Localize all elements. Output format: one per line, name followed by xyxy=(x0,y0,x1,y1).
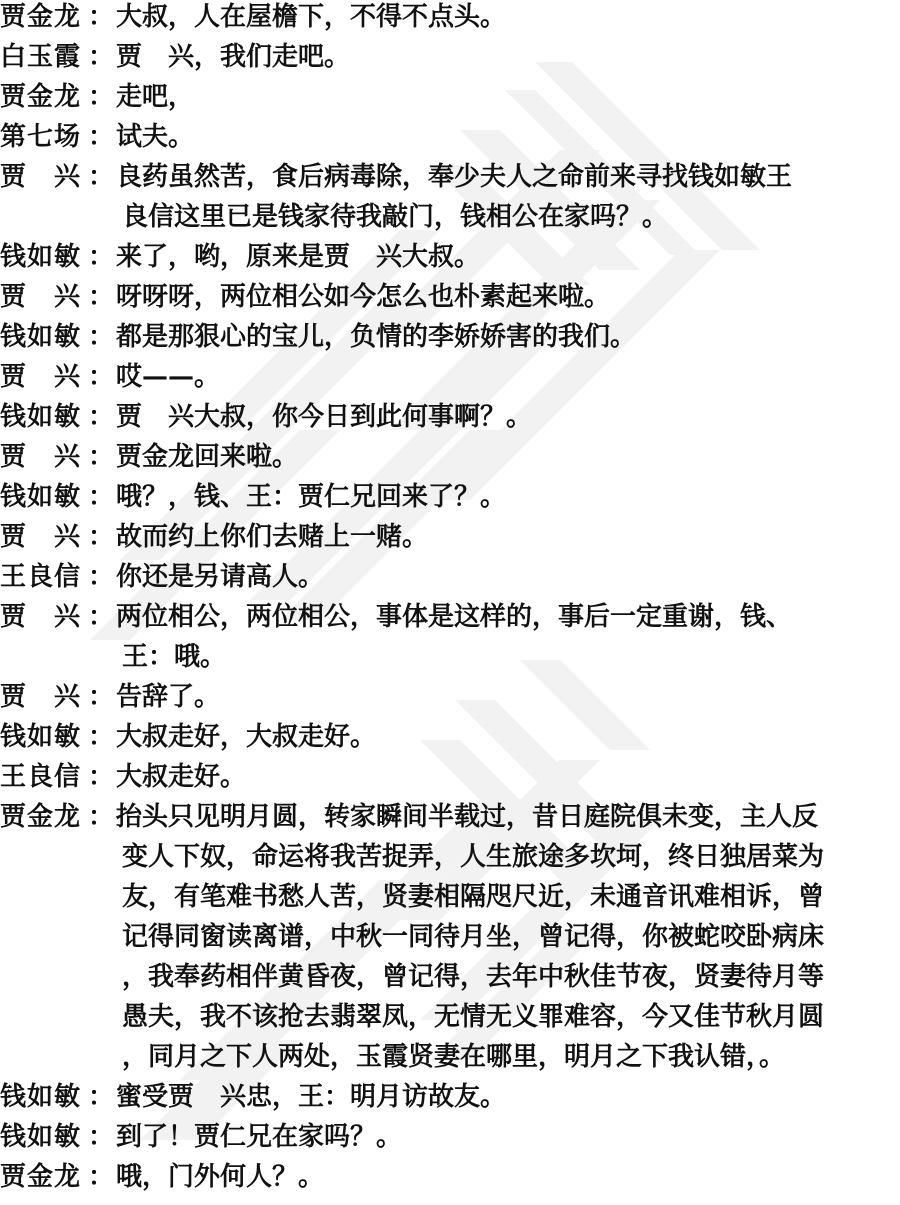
dialogue-text: 你还是另请高人。 xyxy=(116,562,324,592)
dialogue-text: 走吧， xyxy=(116,82,194,112)
dialogue-text: 王：哦。 xyxy=(122,642,226,672)
dialogue-line: 钱如敏：贾 兴大叔，你今日到此何事啊？。 xyxy=(0,402,900,442)
speaker-name: 贾 兴 xyxy=(0,282,90,312)
dialogue-line: 王良信：大叔走好。 xyxy=(0,762,900,802)
dialogue-continuation: 王：哦。 xyxy=(0,642,900,682)
speaker-name: 贾 兴 xyxy=(0,362,90,392)
speaker-colon: ： xyxy=(88,522,114,552)
speaker-colon: ： xyxy=(88,82,114,112)
dialogue-line: 贾 兴：故而约上你们去赌上一赌。 xyxy=(0,522,900,562)
speaker-colon: ： xyxy=(88,442,114,472)
speaker-colon: ： xyxy=(88,42,114,72)
speaker-colon: ： xyxy=(88,1162,114,1192)
dialogue-text: 告辞了。 xyxy=(116,682,220,712)
dialogue-line: 钱如敏：大叔走好，大叔走好。 xyxy=(0,722,900,762)
dialogue-text: 故而约上你们去赌上一赌。 xyxy=(116,522,428,552)
dialogue-text: 贾 兴大叔，你今日到此何事啊？。 xyxy=(116,402,532,432)
speaker-colon: ： xyxy=(88,282,114,312)
dialogue-text: 大叔走好，大叔走好。 xyxy=(116,722,376,752)
dialogue-text: 哎——。 xyxy=(116,362,220,392)
speaker-colon: ： xyxy=(88,802,114,832)
dialogue-text: 贾 兴，我们走吧。 xyxy=(116,42,350,72)
script-body: 贾金龙：大叔，人在屋檐下，不得不点头。 白玉霞：贾 兴，我们走吧。 贾金龙：走吧… xyxy=(0,0,900,1200)
speaker-colon: ： xyxy=(88,602,114,632)
dialogue-line: 贾 兴：贾金龙回来啦。 xyxy=(0,442,900,482)
speaker-colon: ： xyxy=(88,682,114,712)
speaker-name: 钱如敏 xyxy=(0,1082,90,1112)
dialogue-text: 记得同窗读离谱，中秋一同待月坐，曾记得，你被蛇咬卧病床 xyxy=(122,922,824,952)
speaker-name: 贾金龙 xyxy=(0,1162,90,1192)
dialogue-text: 良信这里已是钱家待我敲门，钱相公在家吗？。 xyxy=(122,202,668,232)
dialogue-text: 到了！贾仁兄在家吗？。 xyxy=(116,1122,402,1152)
speaker-colon: ： xyxy=(88,562,114,592)
speaker-colon: ： xyxy=(88,762,114,792)
dialogue-line: 王良信：你还是另请高人。 xyxy=(0,562,900,602)
dialogue-text: 哦？，钱、王：贾仁兄回来了？。 xyxy=(116,482,506,512)
speaker-name: 贾 兴 xyxy=(0,602,90,632)
dialogue-line: 贾金龙：哦，门外何人？。 xyxy=(0,1162,900,1202)
speaker-colon: ： xyxy=(88,2,114,32)
scene-number: 第七场 xyxy=(0,122,90,152)
speaker-name: 钱如敏 xyxy=(0,722,90,752)
speaker-colon: ： xyxy=(88,242,114,272)
speaker-colon: ： xyxy=(88,162,114,192)
dialogue-line: 钱如敏：来了，哟，原来是贾 兴大叔。 xyxy=(0,242,900,282)
dialogue-text: 贾金龙回来啦。 xyxy=(116,442,298,472)
dialogue-text: 良药虽然苦，食后病毒除，奉少夫人之命前来寻找钱如敏王 xyxy=(116,162,792,192)
speaker-name: 钱如敏 xyxy=(0,482,90,512)
dialogue-text: 来了，哟，原来是贾 兴大叔。 xyxy=(116,242,480,272)
dialogue-text: 友，有笔难书愁人苦，贤妻相隔咫尺近，未通音讯难相诉，曾 xyxy=(122,882,824,912)
speaker-name: 贾 兴 xyxy=(0,522,90,552)
dialogue-continuation: 愚夫，我不该抢去翡翠凤，无情无义罪难容，今又佳节秋月圆 xyxy=(0,1002,900,1042)
dialogue-text: 大叔走好。 xyxy=(116,762,246,792)
dialogue-line: 贾金龙：抬头只见明月圆，转家瞬间半载过，昔日庭院俱未变，主人反 xyxy=(0,802,900,842)
dialogue-continuation: ，同月之下人两处，玉霞贤妻在哪里，明月之下我认错，。 xyxy=(0,1042,900,1082)
dialogue-continuation: ，我奉药相伴黄昏夜，曾记得，去年中秋佳节夜，贤妻待月等 xyxy=(0,962,900,1002)
speaker-name: 王良信 xyxy=(0,562,90,592)
speaker-name: 王良信 xyxy=(0,762,90,792)
dialogue-line: 钱如敏：蜜受贾 兴忠，王：明月访故友。 xyxy=(0,1082,900,1122)
speaker-name: 钱如敏 xyxy=(0,402,90,432)
dialogue-line: 贾 兴：良药虽然苦，食后病毒除，奉少夫人之命前来寻找钱如敏王 xyxy=(0,162,900,202)
scene-heading: 第七场：试夫。 xyxy=(0,122,900,162)
dialogue-continuation: 变人下奴，命运将我苦捉弄，人生旅途多坎坷，终日独居菜为 xyxy=(0,842,900,882)
dialogue-line: 贾金龙：大叔，人在屋檐下，不得不点头。 xyxy=(0,2,900,42)
dialogue-text: 愚夫，我不该抢去翡翠凤，无情无义罪难容，今又佳节秋月圆 xyxy=(122,1002,824,1032)
speaker-colon: ： xyxy=(88,122,114,152)
dialogue-text: ，我奉药相伴黄昏夜，曾记得，去年中秋佳节夜，贤妻待月等 xyxy=(122,962,824,992)
dialogue-line: 钱如敏：哦？，钱、王：贾仁兄回来了？。 xyxy=(0,482,900,522)
dialogue-text: 两位相公，两位相公，事体是这样的，事后一定重谢，钱、 xyxy=(116,602,792,632)
dialogue-continuation: 良信这里已是钱家待我敲门，钱相公在家吗？。 xyxy=(0,202,900,242)
speaker-name: 贾金龙 xyxy=(0,2,90,32)
speaker-colon: ： xyxy=(88,402,114,432)
dialogue-line: 钱如敏：到了！贾仁兄在家吗？。 xyxy=(0,1122,900,1162)
dialogue-line: 贾 兴：呀呀呀，两位相公如今怎么也朴素起来啦。 xyxy=(0,282,900,322)
dialogue-text: 大叔，人在屋檐下，不得不点头。 xyxy=(116,2,506,32)
speaker-colon: ： xyxy=(88,322,114,352)
speaker-name: 贾 兴 xyxy=(0,162,90,192)
speaker-name: 贾金龙 xyxy=(0,82,90,112)
speaker-name: 钱如敏 xyxy=(0,1122,90,1152)
dialogue-continuation: 友，有笔难书愁人苦，贤妻相隔咫尺近，未通音讯难相诉，曾 xyxy=(0,882,900,922)
dialogue-line: 白玉霞：贾 兴，我们走吧。 xyxy=(0,42,900,82)
speaker-name: 钱如敏 xyxy=(0,322,90,352)
dialogue-text: 变人下奴，命运将我苦捉弄，人生旅途多坎坷，终日独居菜为 xyxy=(122,842,824,872)
speaker-colon: ： xyxy=(88,722,114,752)
dialogue-line: 贾 兴：两位相公，两位相公，事体是这样的，事后一定重谢，钱、 xyxy=(0,602,900,642)
speaker-colon: ： xyxy=(88,1122,114,1152)
dialogue-text: 都是那狠心的宝儿，负情的李娇娇害的我们。 xyxy=(116,322,636,352)
speaker-colon: ： xyxy=(88,362,114,392)
dialogue-line: 贾 兴：告辞了。 xyxy=(0,682,900,722)
speaker-colon: ： xyxy=(88,482,114,512)
speaker-name: 贾 兴 xyxy=(0,442,90,472)
speaker-colon: ： xyxy=(88,1082,114,1112)
dialogue-line: 贾金龙：走吧， xyxy=(0,82,900,122)
scene-title: 试夫。 xyxy=(116,122,194,152)
dialogue-text: 呀呀呀，两位相公如今怎么也朴素起来啦。 xyxy=(116,282,610,312)
dialogue-continuation: 记得同窗读离谱，中秋一同待月坐，曾记得，你被蛇咬卧病床 xyxy=(0,922,900,962)
dialogue-text: 蜜受贾 兴忠，王：明月访故友。 xyxy=(116,1082,506,1112)
dialogue-line: 钱如敏：都是那狠心的宝儿，负情的李娇娇害的我们。 xyxy=(0,322,900,362)
dialogue-text: 抬头只见明月圆，转家瞬间半载过，昔日庭院俱未变，主人反 xyxy=(116,802,818,832)
speaker-name: 白玉霞 xyxy=(0,42,90,72)
speaker-name: 贾 兴 xyxy=(0,682,90,712)
dialogue-text: 哦，门外何人？。 xyxy=(116,1162,324,1192)
dialogue-text: ，同月之下人两处，玉霞贤妻在哪里，明月之下我认错，。 xyxy=(122,1042,785,1072)
speaker-name: 钱如敏 xyxy=(0,242,90,272)
speaker-name: 贾金龙 xyxy=(0,802,90,832)
dialogue-line: 贾 兴：哎——。 xyxy=(0,362,900,402)
